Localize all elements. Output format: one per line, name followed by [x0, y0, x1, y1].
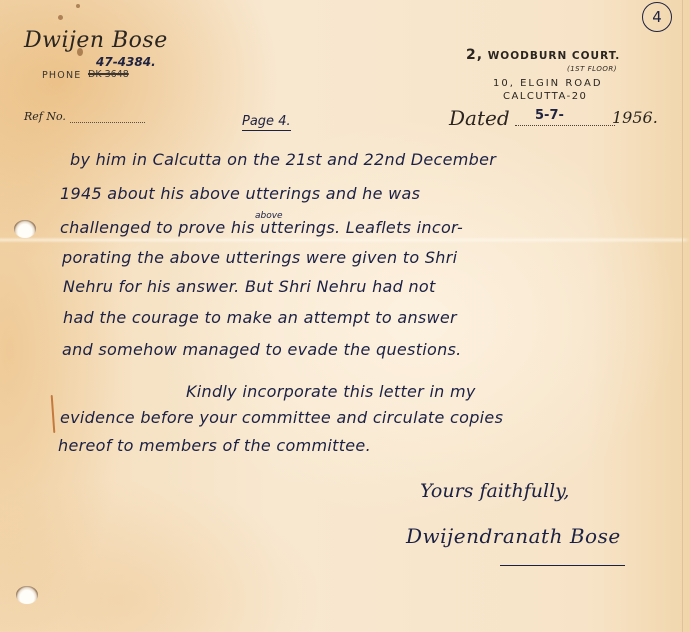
ink-stain	[76, 4, 80, 8]
phone-label: PHONE	[42, 70, 81, 81]
address-line-2: (1ST FLOOR)	[567, 65, 617, 73]
paper-right-edge	[682, 0, 690, 632]
date-year: 1956.	[612, 108, 658, 127]
body-line: hereof to members of the committee.	[58, 436, 371, 455]
body-line: porating the above utterings were given …	[62, 248, 457, 267]
circled-page-number: 4	[642, 2, 672, 32]
phone-number-struck: DK 3648	[88, 69, 129, 80]
date-day-month: 5-7-	[535, 108, 564, 123]
address-building: WOODBURN COURT.	[488, 50, 621, 62]
address-number: 2,	[466, 47, 483, 63]
signature: Dwijendranath Bose	[406, 524, 621, 548]
body-line: challenged to prove his utterings. Leafl…	[60, 218, 463, 237]
dated-label: Dated	[449, 106, 510, 130]
punch-hole-icon	[14, 220, 36, 238]
body-line: and somehow managed to evade the questio…	[62, 340, 462, 359]
ref-no-blank	[70, 122, 145, 123]
valediction: Yours faithfully,	[420, 480, 569, 502]
punch-hole-icon	[16, 586, 38, 604]
body-line: Kindly incorporate this letter in my	[186, 382, 476, 401]
ref-no-label: Ref No.	[24, 110, 66, 123]
body-line: evidence before your committee and circu…	[60, 408, 503, 427]
body-line: by him in Calcutta on the 21st and 22nd …	[70, 150, 496, 169]
body-line: 1945 about his above utterings and he wa…	[60, 184, 420, 203]
dated-blank-line	[515, 125, 615, 126]
letterhead-name: Dwijen Bose	[24, 28, 168, 53]
address-line-1: 2, WOODBURN COURT.	[466, 47, 620, 63]
paper-fold-crease	[0, 237, 690, 243]
phone-number-handwritten: 47-4384.	[96, 55, 156, 69]
body-line: Nehru for his answer. But Shri Nehru had…	[63, 277, 436, 296]
address-line-4: CALCUTTA-20	[503, 91, 587, 102]
ink-stain	[58, 15, 63, 20]
page-label: Page 4.	[242, 114, 291, 131]
signature-underline	[500, 565, 625, 566]
body-line: had the courage to make an attempt to an…	[63, 308, 457, 327]
address-line-3: 10, ELGIN ROAD	[493, 78, 603, 89]
